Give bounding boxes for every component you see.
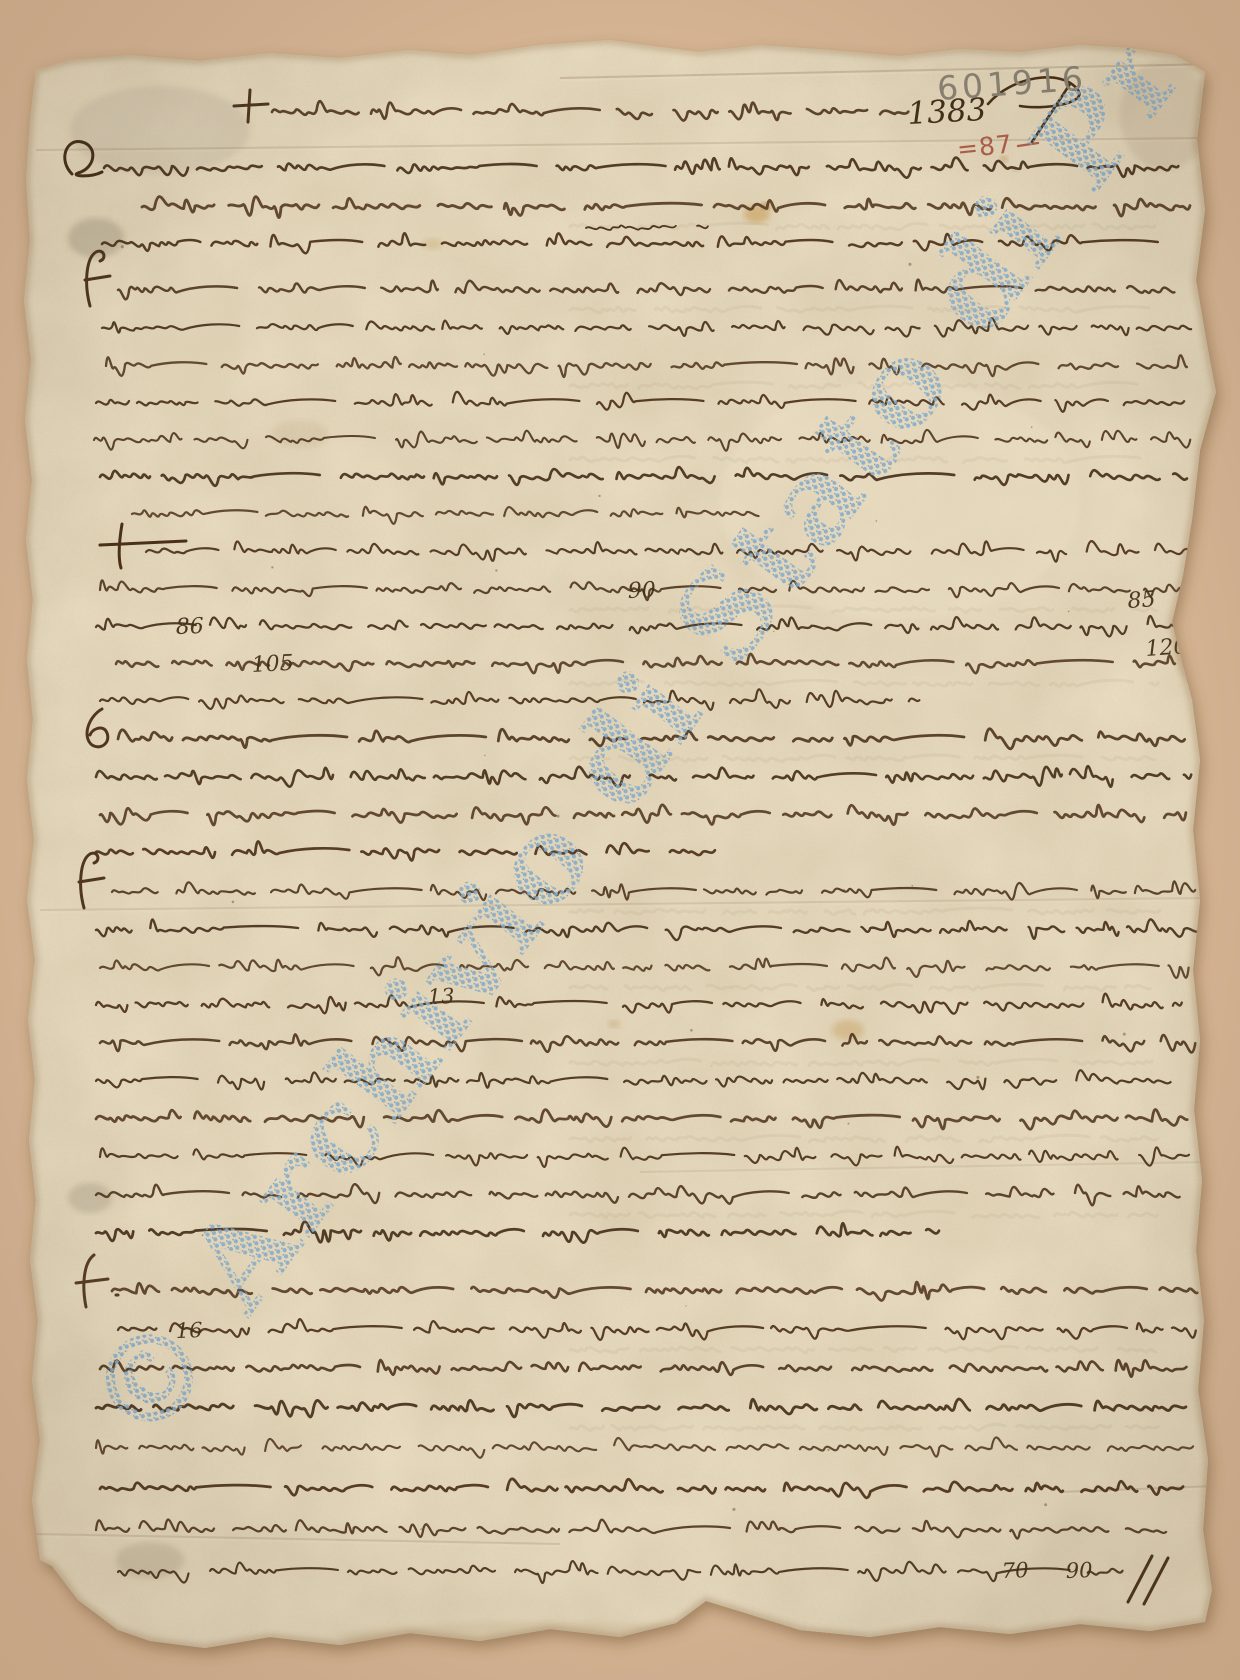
manuscript-scan-page: 90858610512013167090 1383 601916 =87 © A… bbox=[0, 0, 1240, 1680]
document-scan-svg: 90858610512013167090 1383 601916 =87 © A… bbox=[0, 0, 1240, 1680]
photo-vignette bbox=[0, 0, 1240, 1680]
